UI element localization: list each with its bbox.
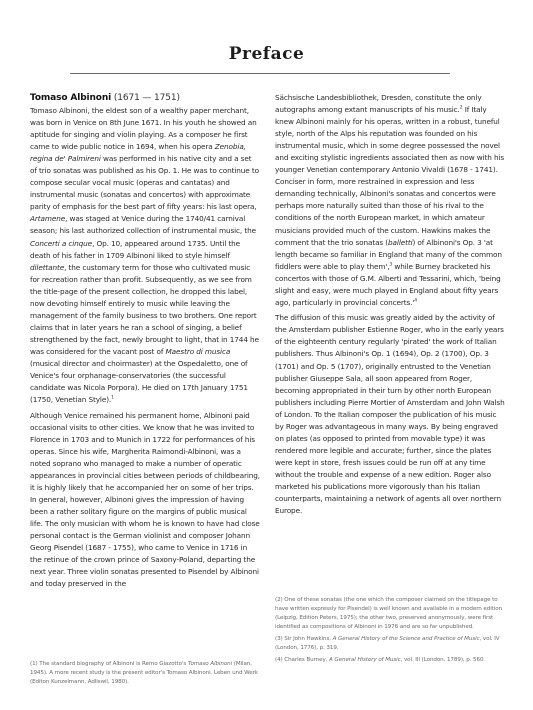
section-heading: Tomaso Albinoni (1671 — 1751) [30, 92, 260, 104]
italic-run: Concerti a cinque [30, 239, 92, 248]
right-column: Sächsische Landesbibliothek, Dresden, co… [275, 92, 505, 521]
italic-run: Artamene [30, 214, 65, 223]
italic-run: Maestro di musica [166, 347, 231, 356]
footnote-ref[interactable]: 4 [414, 298, 417, 303]
text-run: (musical director and choirmaster) at th… [30, 359, 248, 404]
body-paragraph: Although Venice remained his permanent h… [30, 410, 260, 591]
body-paragraph: Tomaso Albinoni, the eldest son of a wea… [30, 105, 260, 406]
footnote-2: (2) One of these sonatas (the one which … [275, 596, 507, 632]
text-run: If Italy knew Albinoni mainly for his op… [275, 105, 504, 247]
page-title: Preface [0, 44, 533, 64]
footnote-1: (1) The standard biography of Albinoni i… [30, 660, 262, 687]
text-run: (4) Charles Burney, [275, 657, 329, 663]
text-run: , the customary term for those who culti… [30, 263, 259, 356]
left-column: Tomaso Albinoni (1671 — 1751) Tomaso Alb… [30, 92, 260, 594]
composer-dates: (1671 — 1751) [114, 93, 180, 103]
footnote-4: (4) Charles Burney, A General History of… [275, 656, 507, 665]
text-run: (2) One of these sonatas (the one which … [275, 597, 502, 630]
text-run: , vol. III (London, 1789), p. 560. [401, 657, 486, 663]
footnote-ref[interactable]: 1 [111, 396, 114, 401]
text-run: (1) The standard biography of Albinoni i… [30, 661, 188, 667]
title-divider [70, 73, 450, 74]
italic-run: Tomaso Albinoni [188, 661, 232, 667]
text-run: Sächsische Landesbibliothek, Dresden, co… [275, 93, 482, 114]
italic-run: balletti [388, 238, 412, 247]
text-run: (3) Sir John Hawkins, [275, 636, 333, 642]
footnote-3: (3) Sir John Hawkins, A General History … [275, 635, 507, 653]
text-run: Although Venice remained his permanent h… [30, 411, 260, 589]
composer-name: Tomaso Albinoni [30, 93, 111, 103]
body-paragraph: Sächsische Landesbibliothek, Dresden, co… [275, 92, 505, 309]
text-run: The diffusion of this music was greatly … [275, 313, 505, 515]
body-paragraph: The diffusion of this music was greatly … [275, 312, 505, 517]
italic-run: A General History of the Science and Pra… [333, 636, 480, 642]
italic-run: dilettante [30, 263, 64, 272]
footnotes-left: (1) The standard biography of Albinoni i… [30, 660, 262, 690]
footnotes-right: (2) One of these sonatas (the one which … [275, 596, 507, 668]
italic-run: A General History of Music [329, 657, 401, 663]
